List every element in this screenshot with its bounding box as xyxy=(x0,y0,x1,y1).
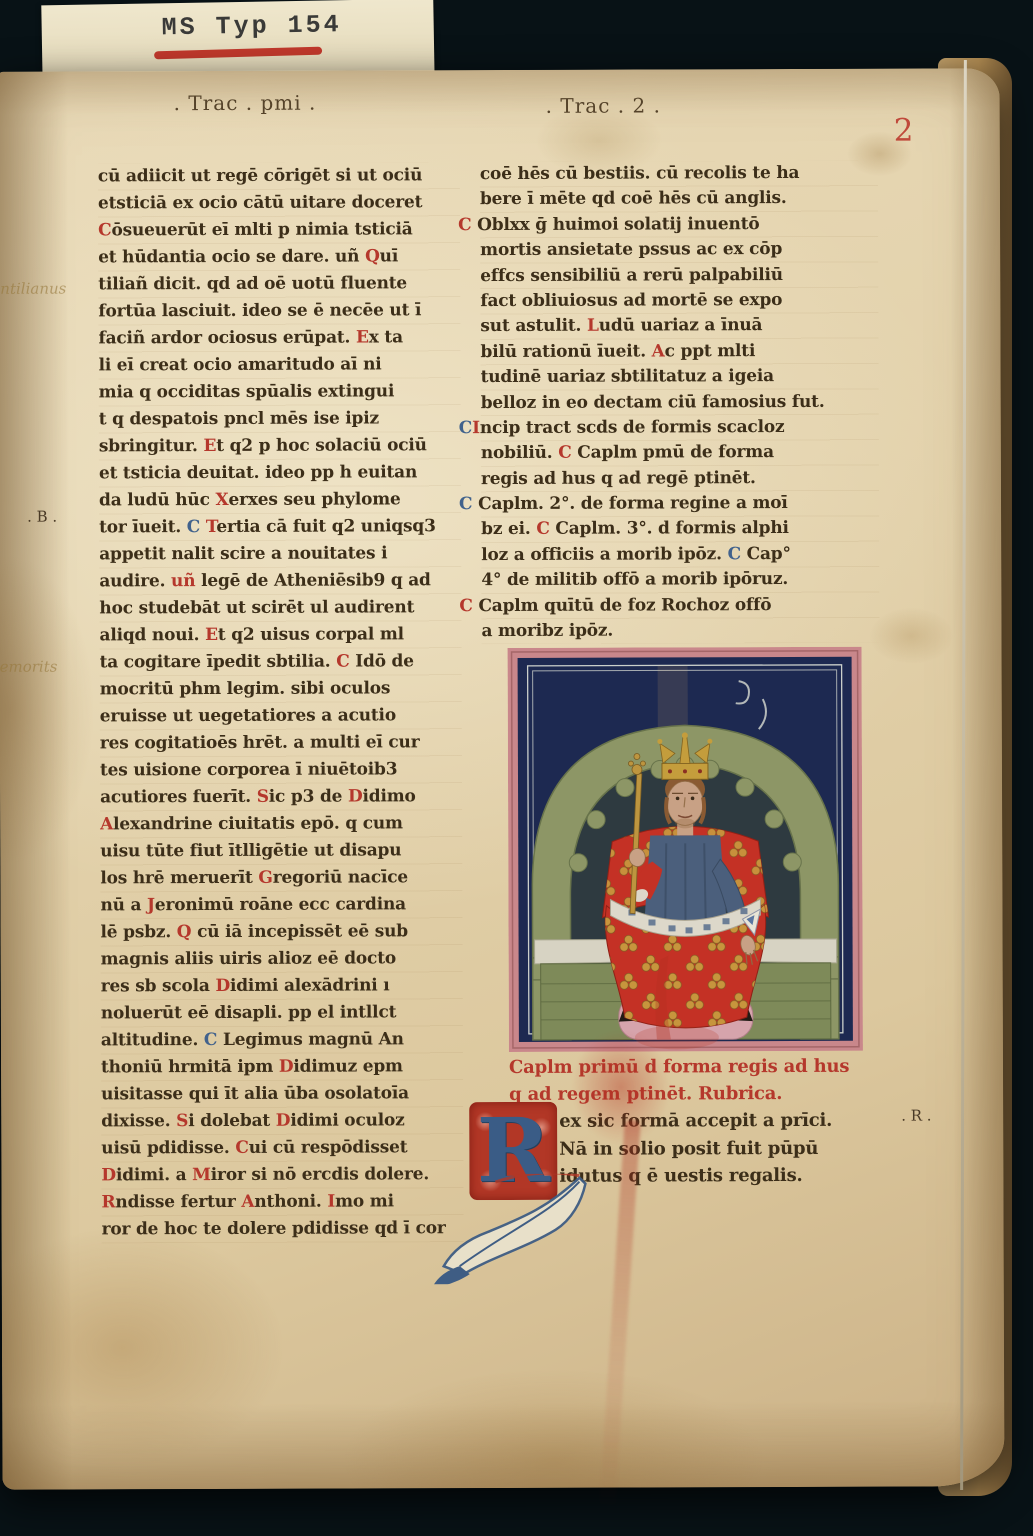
chapter-rubric: Caplm primū d forma regis ad husq ad reg… xyxy=(509,1053,889,1108)
text-line: C Caplm quītū de foz Rochoz offō xyxy=(481,592,879,619)
text-line: res cogitatioēs hrēt. a multi eī cur xyxy=(100,729,462,757)
text-line: nobiliū. C Caplm pmū de forma xyxy=(481,440,879,467)
text-line: a moribz ipōz. xyxy=(481,618,879,645)
text-line: Cōsueuerūt eī mlti p nimia tsticiā xyxy=(98,216,460,244)
text-column-right: coē hēs cū bestiis. cū recolis te habere… xyxy=(480,161,880,645)
text-line: Didimi. a Miror si nō ercdis dolere. xyxy=(101,1161,463,1189)
text-line: dixisse. Si dolebat Didimi oculoz xyxy=(101,1107,463,1135)
text-line: tor īueit. C Tertia cā fuit q2 uniqsq3 xyxy=(99,513,461,541)
text-line: effcs sensibiliū a rerū palpabiliū xyxy=(480,262,878,289)
text-line: mortis ansietate pssus ac ex cōp xyxy=(480,237,878,264)
text-line: uisū pdidisse. Cui cū respōdisset xyxy=(101,1134,463,1162)
text-line: ex sic formā accepit a prīci. xyxy=(559,1107,889,1136)
marginal-note: . B . xyxy=(27,508,57,526)
text-line: los hrē meruerīt Gregoriū nacīce xyxy=(100,864,462,892)
text-line: Nā in solio posit fuit pūpū xyxy=(559,1134,889,1163)
king-miniature-svg xyxy=(508,647,863,1052)
text-line: eruisse ut uegetatiores a acutio xyxy=(100,702,462,730)
text-line: li eī creat ocio amaritudo aī ni xyxy=(99,351,461,379)
text-line: C Oblxx ḡ huimoi solatij inuentō xyxy=(480,211,878,238)
text-line: cū adiicit ut regē cōrigēt si ut ociū xyxy=(98,162,460,190)
text-column-left: cū adiicit ut regē cōrigēt si ut ociūets… xyxy=(98,162,464,1243)
text-line: uisitasse qui īt alia ūba osolatoīa xyxy=(101,1080,463,1108)
text-line: altitudine. C Legimus magnū An xyxy=(101,1026,463,1054)
text-line: tes uisione corporea ī niuētoib3 xyxy=(100,756,462,784)
text-line: mocritū phm legim. sibi oculos xyxy=(100,675,462,703)
text-line: coē hēs cū bestiis. cū recolis te ha xyxy=(480,161,878,188)
text-line: fact obliuiosus ad mortē se expo xyxy=(480,288,878,315)
text-line: res sb scola Didimi alexādrini ı xyxy=(101,972,463,1000)
text-line: ror de hoc te dolere pdidisse qd ī cor xyxy=(102,1215,464,1243)
right-hand xyxy=(629,848,645,866)
text-line: acutiores fuerīt. Sic p3 de Didimo xyxy=(100,783,462,811)
text-line: magnis aliis uiris alioz eē docto xyxy=(101,945,463,973)
text-line: bere ī mēte qd coē hēs cū anglis. xyxy=(480,186,878,213)
text-line: Rndisse fertur Anthoni. Imo mi xyxy=(101,1188,463,1216)
text-line: tudinē uariaz sbtilitatuz a igeia xyxy=(481,364,879,391)
text-line: hoc studebāt ut scirēt ul audirent xyxy=(99,594,461,622)
photo-of-manuscript: { "tab": { "label": "MS Typ 154" }, "fol… xyxy=(0,0,1033,1536)
red-underline xyxy=(154,47,322,60)
text-line: aliqd noui. Et q2 uisus corpal ml xyxy=(99,621,461,649)
running-header-left: . Trac . pmi . xyxy=(174,91,317,115)
text-line: bilū rationū īueit. Ac ppt mlti xyxy=(480,338,878,365)
text-line: audire. uñ legē de Atheniēsib9 q ad xyxy=(99,567,461,595)
text-line: sbringitur. Et q2 p hoc solaciū ociū xyxy=(99,432,461,460)
text-line: belloz in eo dectam ciū famosius fut. xyxy=(481,389,879,416)
text-line: et hūdantia ocio se dare. uñ Quī xyxy=(98,243,460,271)
shelfmark-text: MS Typ 154 xyxy=(161,10,342,42)
text-line: lē psbz. Q cū iā incepissēt eē sub xyxy=(100,918,462,946)
text-line: da ludū hūc Xerxes seu phylome xyxy=(99,486,461,514)
text-line: noluerūt eē disapli. pp el intllct xyxy=(101,999,463,1027)
text-line: C Caplm. 2°. de forma regine a moī xyxy=(481,491,879,518)
marginal-note: . R . xyxy=(901,1106,931,1124)
text-line: CIncip tract scds de formis scacloz xyxy=(481,415,879,442)
text-line: appetit nalit scire a nouitates i xyxy=(99,540,461,568)
text-line: et tsticia deuitat. ideo pp h euitan xyxy=(99,459,461,487)
text-line: regis ad hus q ad regē ptinēt. xyxy=(481,465,879,492)
king-miniature xyxy=(508,647,863,1052)
text-line: tiliañ dicit. qd ad oē uotū fluente xyxy=(98,270,460,298)
marginal-note: emorits xyxy=(0,658,57,676)
text-line: mia q occiditas spūalis extingui xyxy=(99,378,461,406)
text-line: t q despatois pncl mēs ise ipiz xyxy=(99,405,461,433)
text-line: ta cogitare īpedit sbtilia. C Idō de xyxy=(100,648,462,676)
text-line: thoniū hrmitā ipm Didimuz epm xyxy=(101,1053,463,1081)
marginal-note: ntilianus xyxy=(0,280,66,298)
text-line: loz a officiis a morib ipōz. C Cap° xyxy=(481,542,879,569)
text-line: fortūa lasciuit. ideo se ē necēe ut ī xyxy=(98,297,460,325)
text-line: sut astulit. Ludū uariaz a īnuā xyxy=(480,313,878,340)
text-line: faciñ ardor ociosus erūpat. Ex ta xyxy=(98,324,460,352)
text-line: q ad regem ptinēt. Rubrica. xyxy=(509,1080,889,1108)
text-line: bz ei. C Caplm. 3°. d formis alphi xyxy=(481,516,879,543)
text-line: uisu tūte fiut ītlligētie ut disapu xyxy=(100,837,462,865)
text-line: 4° de militib offō a morib ipōruz. xyxy=(481,567,879,594)
initial-flourish-icon xyxy=(429,1174,609,1285)
manuscript-page: . Trac . pmi . . Trac . 2 . 2 cū adiicit… xyxy=(0,68,1004,1489)
text-line: etsticiā ex ocio cātū uitare doceret xyxy=(98,189,460,217)
text-line: Caplm primū d forma regis ad hus xyxy=(509,1053,889,1081)
folio-number: 2 xyxy=(894,113,914,149)
text-line: Alexandrine ciuitatis epō. q cum xyxy=(100,810,462,838)
running-header-right: . Trac . 2 . xyxy=(546,93,661,117)
text-line: nū a Jeronimū roāne ecc cardina xyxy=(100,891,462,919)
